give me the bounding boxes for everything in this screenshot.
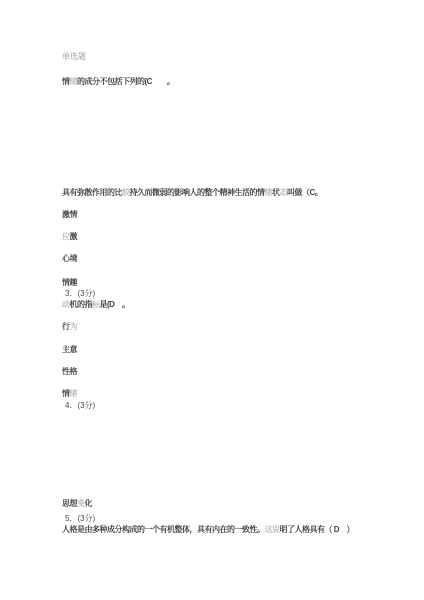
question-4-option: 思想变化 [62, 499, 92, 509]
question-5-stem: 人格是由多种成分构成的一个有机整体，具有内在的一致性。这说明了人格具有（ D ） [62, 525, 354, 535]
question-5-number: 5．(3分) [65, 514, 95, 524]
question-2-option-b: 应激 [62, 232, 77, 242]
question-2-option-a: 激情 [62, 210, 77, 220]
quiz-page: 单选题 情绪的成分不包括下列的(C 。 具有弥散作用的比较持久而微弱的影响人的整… [0, 0, 424, 600]
question-2-stem: 具有弥散作用的比较持久而微弱的影响人的整个精神生活的情绪状态叫做（C。 [62, 188, 322, 198]
question-2-option-c: 心境 [62, 254, 77, 264]
section-type-label: 单选题 [62, 52, 86, 62]
question-3-option-d: 情绪 [62, 389, 77, 399]
question-4-number: 4．(3分) [65, 401, 95, 411]
question-3-stem: 动机的指标是(D 。 [62, 300, 129, 310]
question-3-number: 3．(3分) [65, 289, 95, 299]
question-1-stem: 情绪的成分不包括下列的(C 。 [62, 77, 174, 87]
question-2-option-d: 情趣 [62, 278, 77, 288]
question-3-option-b: 主意 [62, 345, 77, 355]
question-3-option-c: 性格 [62, 367, 77, 377]
question-3-option-a: 行为 [62, 322, 77, 332]
